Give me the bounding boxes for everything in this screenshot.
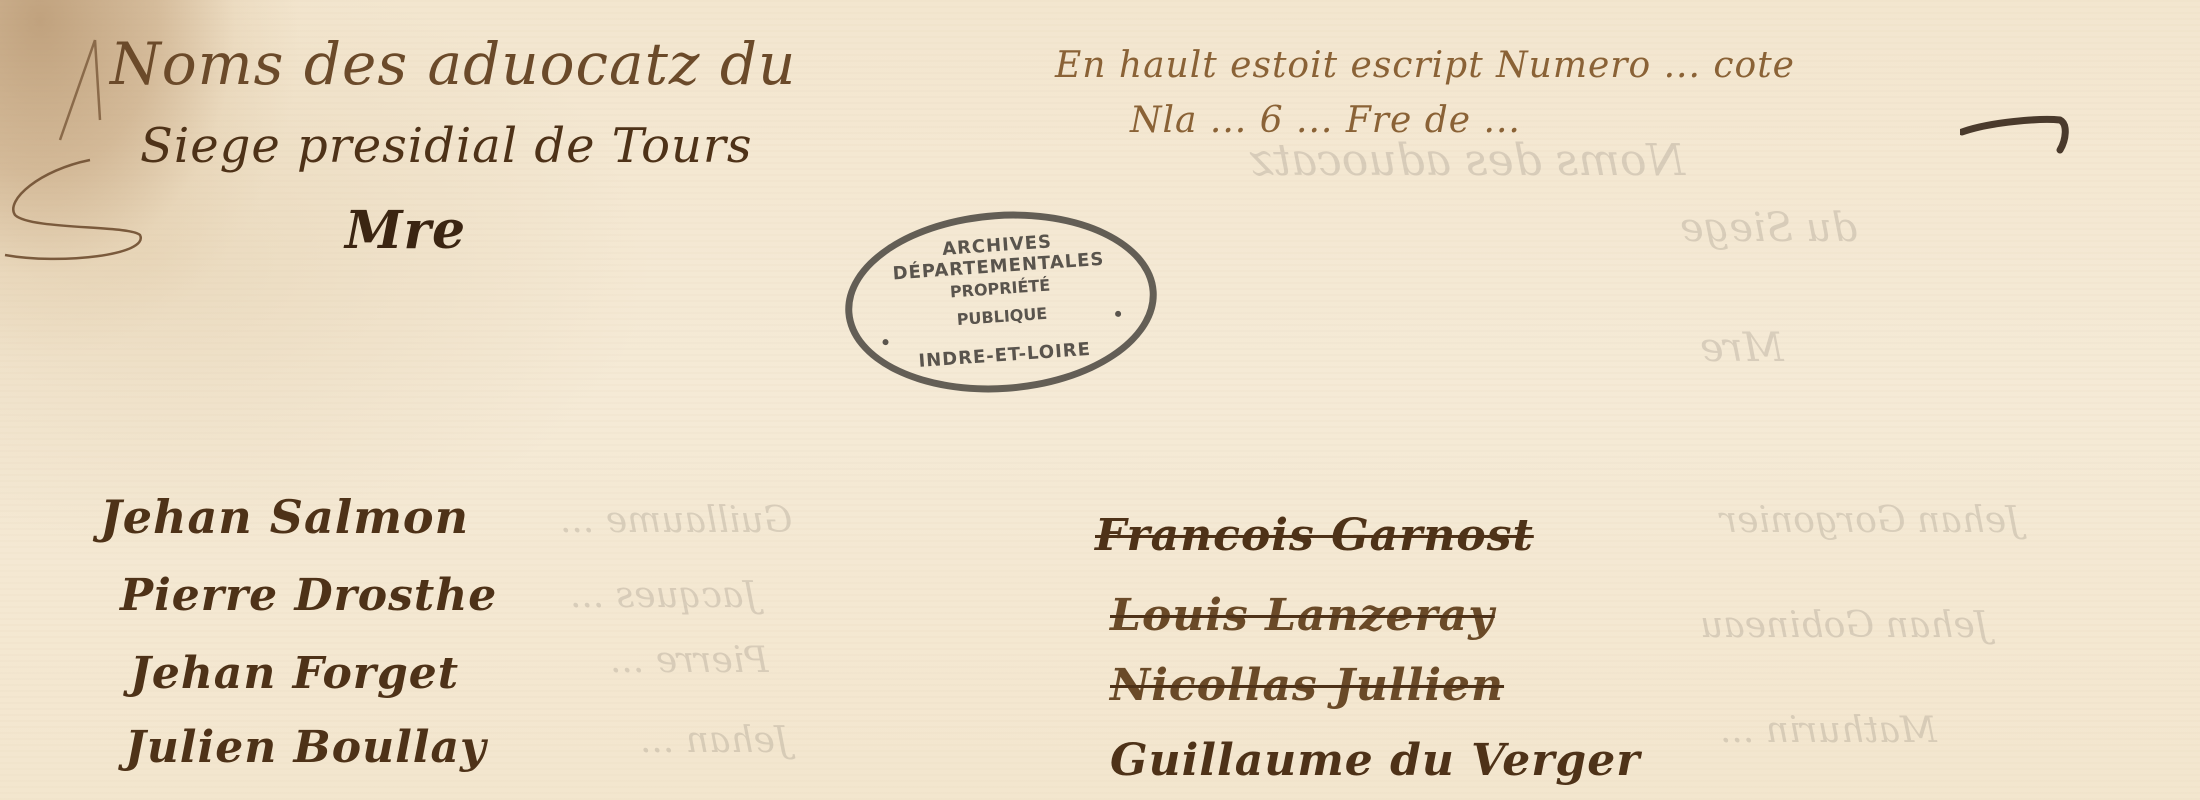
heading-line-3: Mre	[345, 200, 466, 261]
bleed-through-text: Mre	[1700, 325, 1784, 371]
bleed-through-text: Guillaume ...	[560, 500, 792, 541]
bleed-through-text: Jacques ...	[570, 575, 758, 616]
bleed-through-text: du Siege	[1680, 205, 1857, 251]
annotation-line-2: Nla ... 6 ... Fre de ...	[1130, 100, 1521, 141]
stamp-dot-icon	[882, 339, 888, 345]
annotation-flourish-icon	[1960, 110, 2070, 160]
name-list-item-struck: Nicollas Jullien	[1110, 660, 1504, 711]
stamp-bottom-text: INDRE-ET-LOIRE	[855, 335, 1154, 377]
archive-stamp: ARCHIVES DÉPARTEMENTALES PROPRIÉTÉ PUBLI…	[839, 201, 1163, 402]
bleed-through-text: Jehan Gobineau	[1700, 605, 1989, 646]
name-list-item-struck: Francois Garnost	[1095, 510, 1534, 561]
bleed-through-text: Pierre ...	[610, 640, 769, 681]
manuscript-page: Noms des aduocatz du Siege Mre Jehan Gor…	[0, 0, 2200, 800]
name-list-item: Guillaume du Verger	[1110, 735, 1640, 786]
heading-line-1: Noms des aduocatz du	[110, 30, 796, 98]
bleed-through-text: Jehan Gorgonier	[1720, 500, 2021, 541]
name-list-item: Jehan Forget	[130, 648, 459, 699]
bleed-through-text: Jehan ...	[640, 720, 789, 761]
name-list-item: Jehan Salmon	[100, 490, 469, 544]
name-list-item: Pierre Drosthe	[120, 570, 497, 621]
annotation-line-1: En hault estoit escript Numero ... cote	[1055, 45, 1795, 86]
name-list-item-struck: Louis Lanzeray	[1110, 590, 1495, 641]
bleed-through-text: Noms des aduocatz	[1250, 135, 1685, 186]
heading-line-2: Siege presidial de Tours	[140, 118, 752, 174]
name-list-item: Julien Boullay	[125, 722, 487, 773]
bleed-through-text: Mathurin ...	[1720, 710, 1937, 751]
